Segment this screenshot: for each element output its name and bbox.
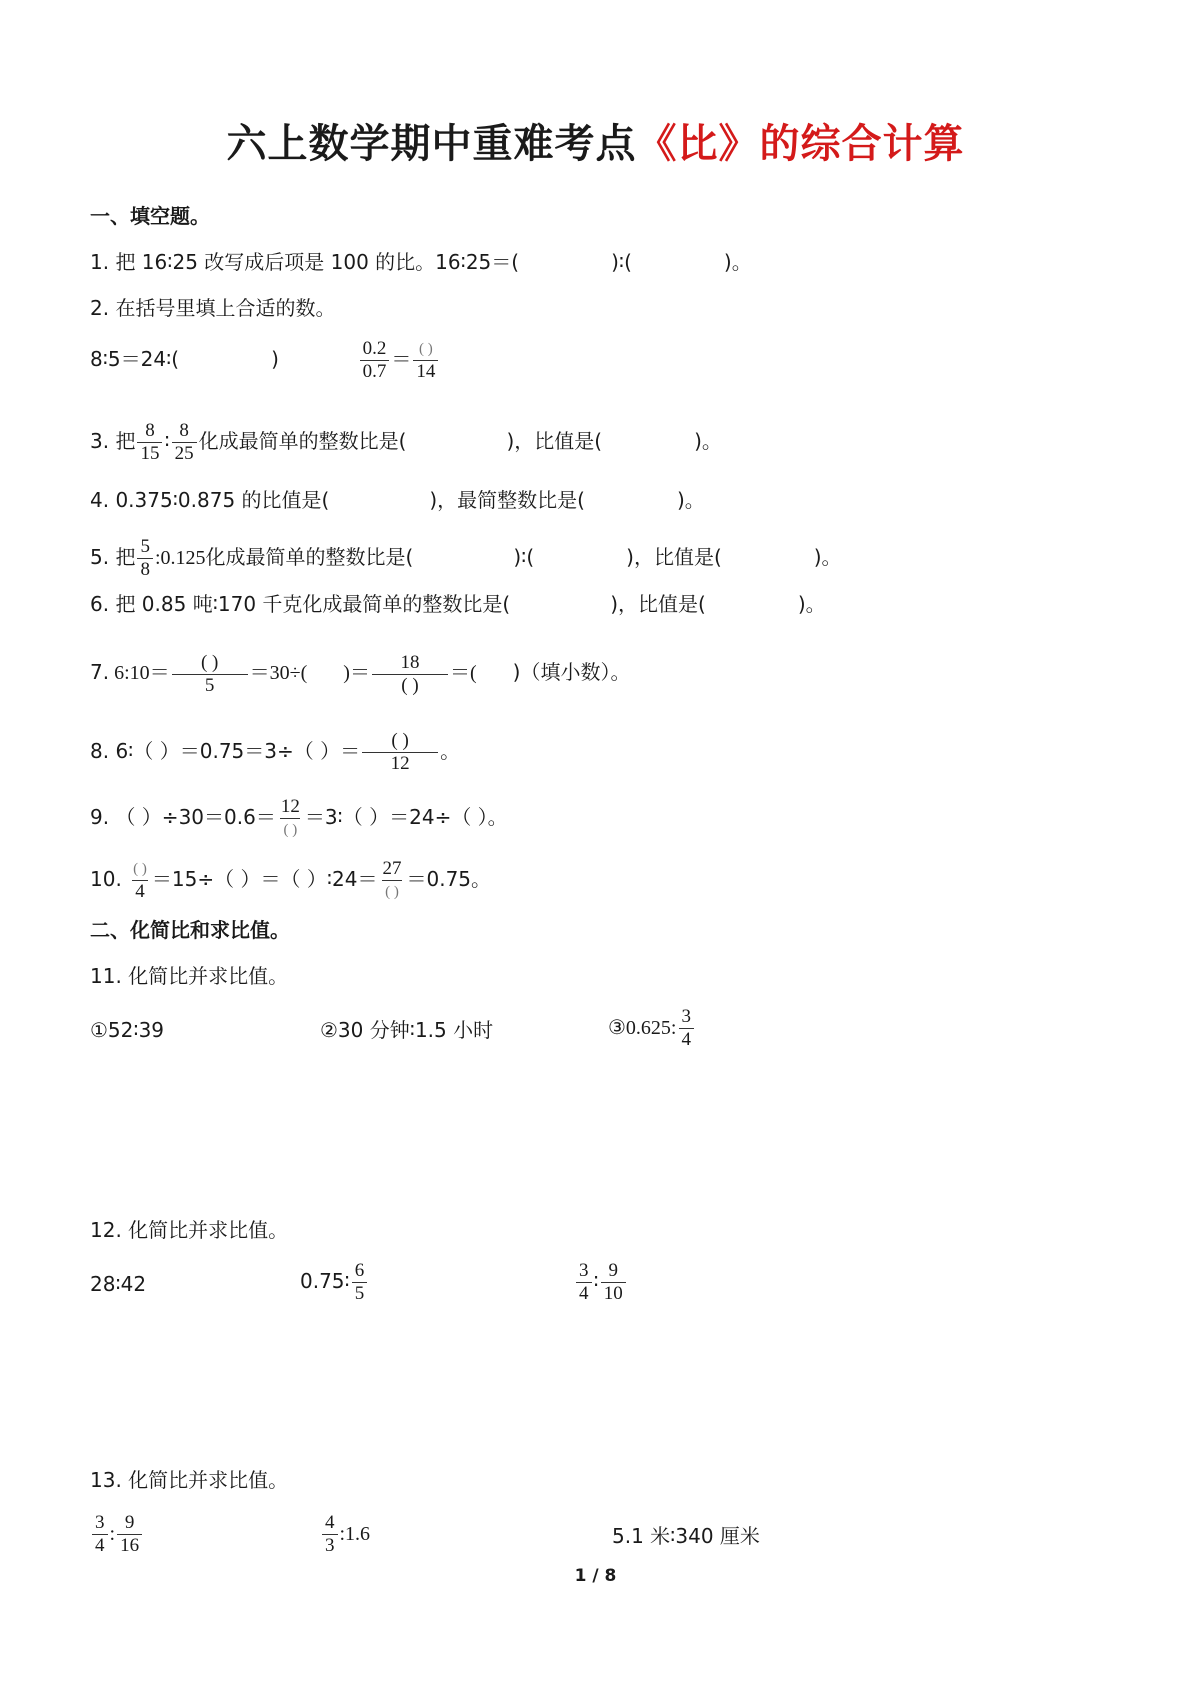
fraction: 58 [137,536,153,581]
question-1: 1. 把 16∶25 改写成后项是 100 的比。16∶25＝()∶()。 [90,248,752,276]
q12-item-2: 0.75∶65 [300,1260,369,1305]
question-6: 6. 把 0.85 吨∶170 千克化成最简单的整数比是()，比值是()。 [90,590,826,618]
fraction: 27( ) [380,858,405,903]
fraction: 65 [352,1260,368,1305]
question-12: 12. 化简比并求比值。 [90,1216,288,1244]
q-text: 把 16∶25 改写成后项是 100 的比。16∶25＝( [115,250,519,274]
fraction: 43 [322,1512,338,1557]
question-11: 11. 化简比并求比值。 [90,962,288,990]
question-2: 2. 在括号里填上合适的数。 [90,294,335,322]
q-number: 13. [90,1468,122,1492]
section-heading-1: 一、填空题。 [90,202,210,230]
fraction: 18( ) [372,652,448,697]
q-number: 8. [90,739,109,763]
question-7: 7. 6:10＝( )5＝30÷()＝18( )＝()（填小数）。 [90,652,630,697]
q-text: 8∶5＝24∶( [90,347,179,371]
question-2-parts: 8∶5＝24∶() 0.20.7＝( )14 [90,338,440,383]
fraction: 916 [117,1512,142,1557]
q11-item-2: ②30 分钟∶1.5 小时 [320,1016,493,1044]
q13-item-1: 34:916 [90,1512,144,1557]
fraction: ( )5 [172,652,248,697]
q-number: 10. [90,867,122,891]
q12-item-1: 28∶42 [90,1270,146,1298]
q-text: 在括号里填上合适的数。 [115,296,335,320]
fraction: ( )14 [413,338,438,383]
q13-item-2: 43:1.6 [320,1512,370,1557]
fraction: ( )12 [362,730,438,775]
q-number: 11. [90,964,122,988]
q-number: 9. [90,805,109,829]
question-9: 9. （ ）÷30＝0.6＝12( )＝3∶（ ）＝24÷（ ）。 [90,796,508,841]
q-number: 3. [90,429,109,453]
fraction: 825 [172,420,197,465]
question-13: 13. 化简比并求比值。 [90,1466,288,1494]
page-title: 六上数学期中重难考点《比》的综合计算 [0,112,1191,169]
fraction: 12( ) [278,796,303,841]
q-text: )∶( [611,250,632,274]
title-main: 六上数学期中重难考点 [227,120,637,167]
section-heading-2: 二、化简比和求比值。 [90,916,290,944]
question-8: 8. 6∶（ ）＝0.75＝3÷（ ）＝( )12。 [90,730,460,775]
fraction: 910 [601,1260,626,1305]
q-text: ) [271,347,279,371]
title-highlight: 《比》的综合计算 [637,120,965,167]
page-number: 1 / 8 [0,1566,1191,1586]
fraction: 34 [92,1512,108,1557]
fraction: 34 [576,1260,592,1305]
q11-item-3: ③0.625:34 [608,1006,696,1051]
question-10: 10. ( )4＝15÷（ ）＝（ ）∶24＝27( )＝0.75。 [90,858,491,903]
q-text: )。 [724,250,752,274]
q-number: 2. [90,296,109,320]
q13-item-3: 5.1 米∶340 厘米 [612,1522,760,1550]
q-number: 6. [90,592,109,616]
q-number: 12. [90,1218,122,1242]
q-number: 1. [90,250,109,274]
fraction: 0.20.7 [360,338,390,383]
fraction: ( )4 [130,858,150,903]
q-number: 5. [90,545,109,569]
q-number: 4. [90,488,109,512]
fraction: 815 [137,420,162,465]
question-4: 4. 0.375∶0.875 的比值是()，最简整数比是()。 [90,486,705,514]
question-3: 3. 把815∶825化成最简单的整数比是()，比值是()。 [90,420,722,465]
q12-item-3: 34∶910 [574,1260,628,1305]
q11-item-1: ①52∶39 [90,1016,164,1044]
fraction: 34 [679,1006,695,1051]
question-5: 5. 把58:0.125化成最简单的整数比是()∶()，比值是()。 [90,536,842,581]
